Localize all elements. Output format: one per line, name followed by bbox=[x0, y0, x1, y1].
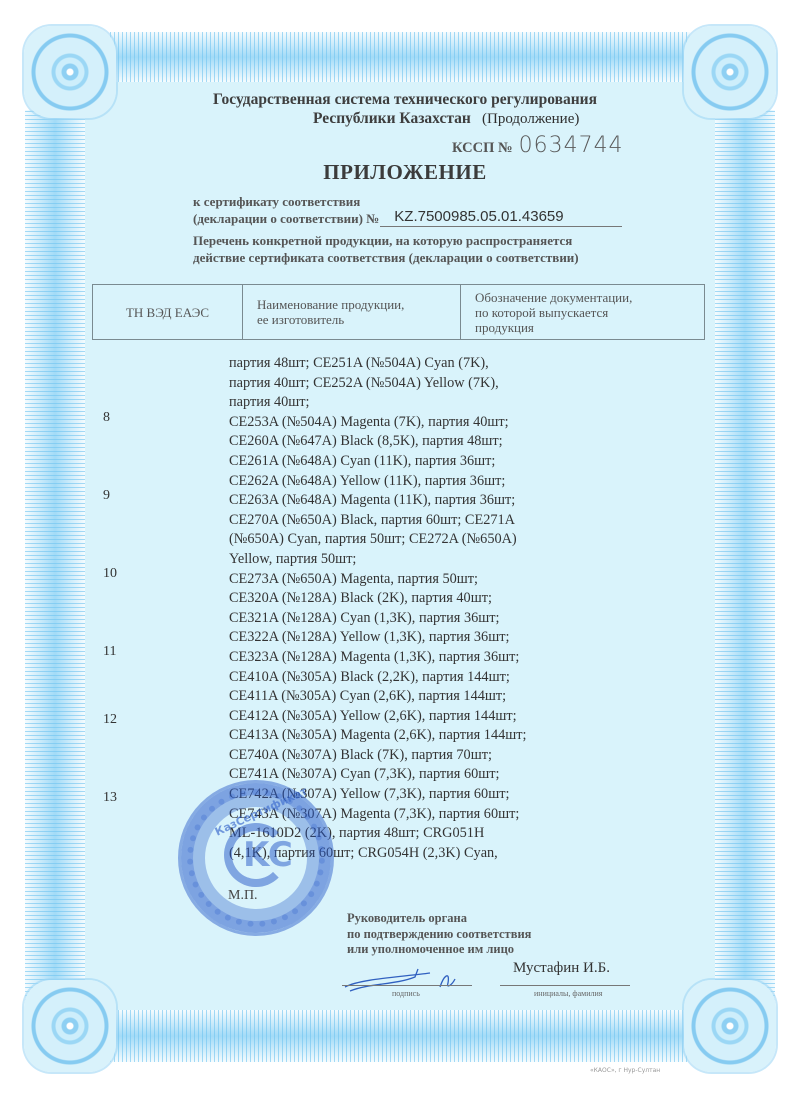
column-header-text: Обозначение документации, bbox=[475, 290, 632, 305]
product-line: CE323A (№128A) Magenta (1,3K), партия 36… bbox=[229, 648, 526, 668]
signature-line bbox=[342, 985, 472, 986]
table-header: ТН ВЭД ЕАЭС Наименование продукции, ее и… bbox=[92, 284, 705, 340]
product-line: CE270A (№650A) Black, партия 60шт; CE271… bbox=[229, 511, 526, 531]
product-line: CE412A (№305A) Yellow (2,6K), партия 144… bbox=[229, 707, 526, 727]
product-line: CE410A (№305A) Black (2,2K), партия 144ш… bbox=[229, 668, 526, 688]
authority-head-line: по подтверждению соответствия bbox=[347, 927, 531, 943]
row-number: 9 bbox=[103, 488, 110, 504]
frame-bottom-border bbox=[110, 1010, 690, 1062]
product-line: CE740A (№307A) Black (7K), партия 70шт; bbox=[229, 746, 526, 766]
certificate-reference: к сертификату соответствия (декларации о… bbox=[193, 194, 622, 227]
certificate-number-value: 0634744 bbox=[519, 133, 624, 158]
name-line bbox=[500, 985, 630, 986]
certificate-reference-line-2: (декларации о соответствии) № bbox=[193, 211, 379, 227]
certificate-number-label: КССП № bbox=[452, 140, 513, 156]
registration-number: KZ.7500985.05.01.43659 bbox=[394, 209, 563, 225]
product-line: CE322A (№128A) Yellow (1,3K), партия 36ш… bbox=[229, 628, 526, 648]
column-header-tn-ved: ТН ВЭД ЕАЭС bbox=[93, 285, 243, 339]
product-line: CE320A (№128A) Black (2K), партия 40шт; bbox=[229, 589, 526, 609]
printer-imprint: «КАОС», г Нур-Султан bbox=[590, 1067, 660, 1074]
row-number: 8 bbox=[103, 410, 110, 426]
product-line: CE253A (№504A) Magenta (7K), партия 40шт… bbox=[229, 413, 526, 433]
row-number: 11 bbox=[103, 644, 116, 660]
stamp-place-label: М.П. bbox=[228, 888, 258, 904]
frame-left-border bbox=[25, 110, 85, 1000]
scope-line-1: Перечень конкретной продукции, на котору… bbox=[193, 232, 579, 249]
product-line: CE273A (№650A) Magenta, партия 50шт; bbox=[229, 570, 526, 590]
product-line: CE261A (№648A) Cyan (11K), партия 36шт; bbox=[229, 452, 526, 472]
product-line: партия 40шт; CE252A (№504A) Yellow (7K), bbox=[229, 374, 526, 394]
signer-name: Мустафин И.Б. bbox=[513, 960, 610, 977]
header-line-2: Республики Казахстан bbox=[313, 110, 471, 128]
column-header-text: по которой выпускается bbox=[475, 305, 632, 320]
signature-caption: подпись bbox=[392, 989, 420, 998]
official-seal: КазСертификат KC bbox=[178, 780, 334, 936]
scope-description: Перечень конкретной продукции, на котору… bbox=[193, 232, 579, 266]
column-header-text: Наименование продукции, bbox=[257, 297, 404, 312]
row-number: 12 bbox=[103, 712, 117, 728]
scope-line-2: действие сертификата соответствия (декла… bbox=[193, 249, 579, 266]
product-line: партия 48шт; CE251A (№504A) Cyan (7K), bbox=[229, 354, 526, 374]
header-line-1: Государственная система технического рег… bbox=[0, 91, 800, 109]
page-title: ПРИЛОЖЕНИЕ bbox=[0, 160, 800, 185]
column-header-product-name: Наименование продукции, ее изготовитель bbox=[243, 285, 461, 339]
authority-head-line: или уполномоченное им лицо bbox=[347, 942, 531, 958]
seal-logo-letters: KC bbox=[243, 835, 293, 875]
product-line: CE411A (№305A) Cyan (2,6K), партия 144шт… bbox=[229, 687, 526, 707]
row-number: 10 bbox=[103, 566, 117, 582]
product-line: партия 40шт; bbox=[229, 393, 526, 413]
column-header-text: ТН ВЭД ЕАЭС bbox=[126, 305, 209, 320]
certificate-number: КССП № 0634744 bbox=[452, 133, 624, 158]
product-line: Yellow, партия 50шт; bbox=[229, 550, 526, 570]
product-line: CE260A (№647A) Black (8,5K), партия 48шт… bbox=[229, 432, 526, 452]
column-header-documentation: Обозначение документации, по которой вып… bbox=[461, 285, 704, 339]
continued-label: (Продолжение) bbox=[482, 111, 579, 128]
authority-head-line: Руководитель органа bbox=[347, 911, 531, 927]
product-line: CE413A (№305A) Magenta (2,6K), партия 14… bbox=[229, 726, 526, 746]
product-line: CE321A (№128A) Cyan (1,3K), партия 36шт; bbox=[229, 609, 526, 629]
rosette-ornament-icon bbox=[24, 980, 116, 1072]
rosette-ornament-icon bbox=[684, 980, 776, 1072]
column-header-text: продукция bbox=[475, 320, 632, 335]
row-number: 13 bbox=[103, 790, 117, 806]
product-line: CE263A (№648A) Magenta (11K), партия 36ш… bbox=[229, 491, 526, 511]
frame-right-border bbox=[715, 110, 775, 1000]
frame-top-border bbox=[110, 32, 690, 82]
product-line: CE262A (№648A) Yellow (11K), партия 36шт… bbox=[229, 472, 526, 492]
name-caption: инициалы, фамилия bbox=[534, 989, 602, 998]
column-header-text: ее изготовитель bbox=[257, 312, 404, 327]
product-line: (№650A) Cyan, партия 50шт; CE272A (№650A… bbox=[229, 530, 526, 550]
authority-head-label: Руководитель органа по подтверждению соо… bbox=[347, 911, 531, 958]
